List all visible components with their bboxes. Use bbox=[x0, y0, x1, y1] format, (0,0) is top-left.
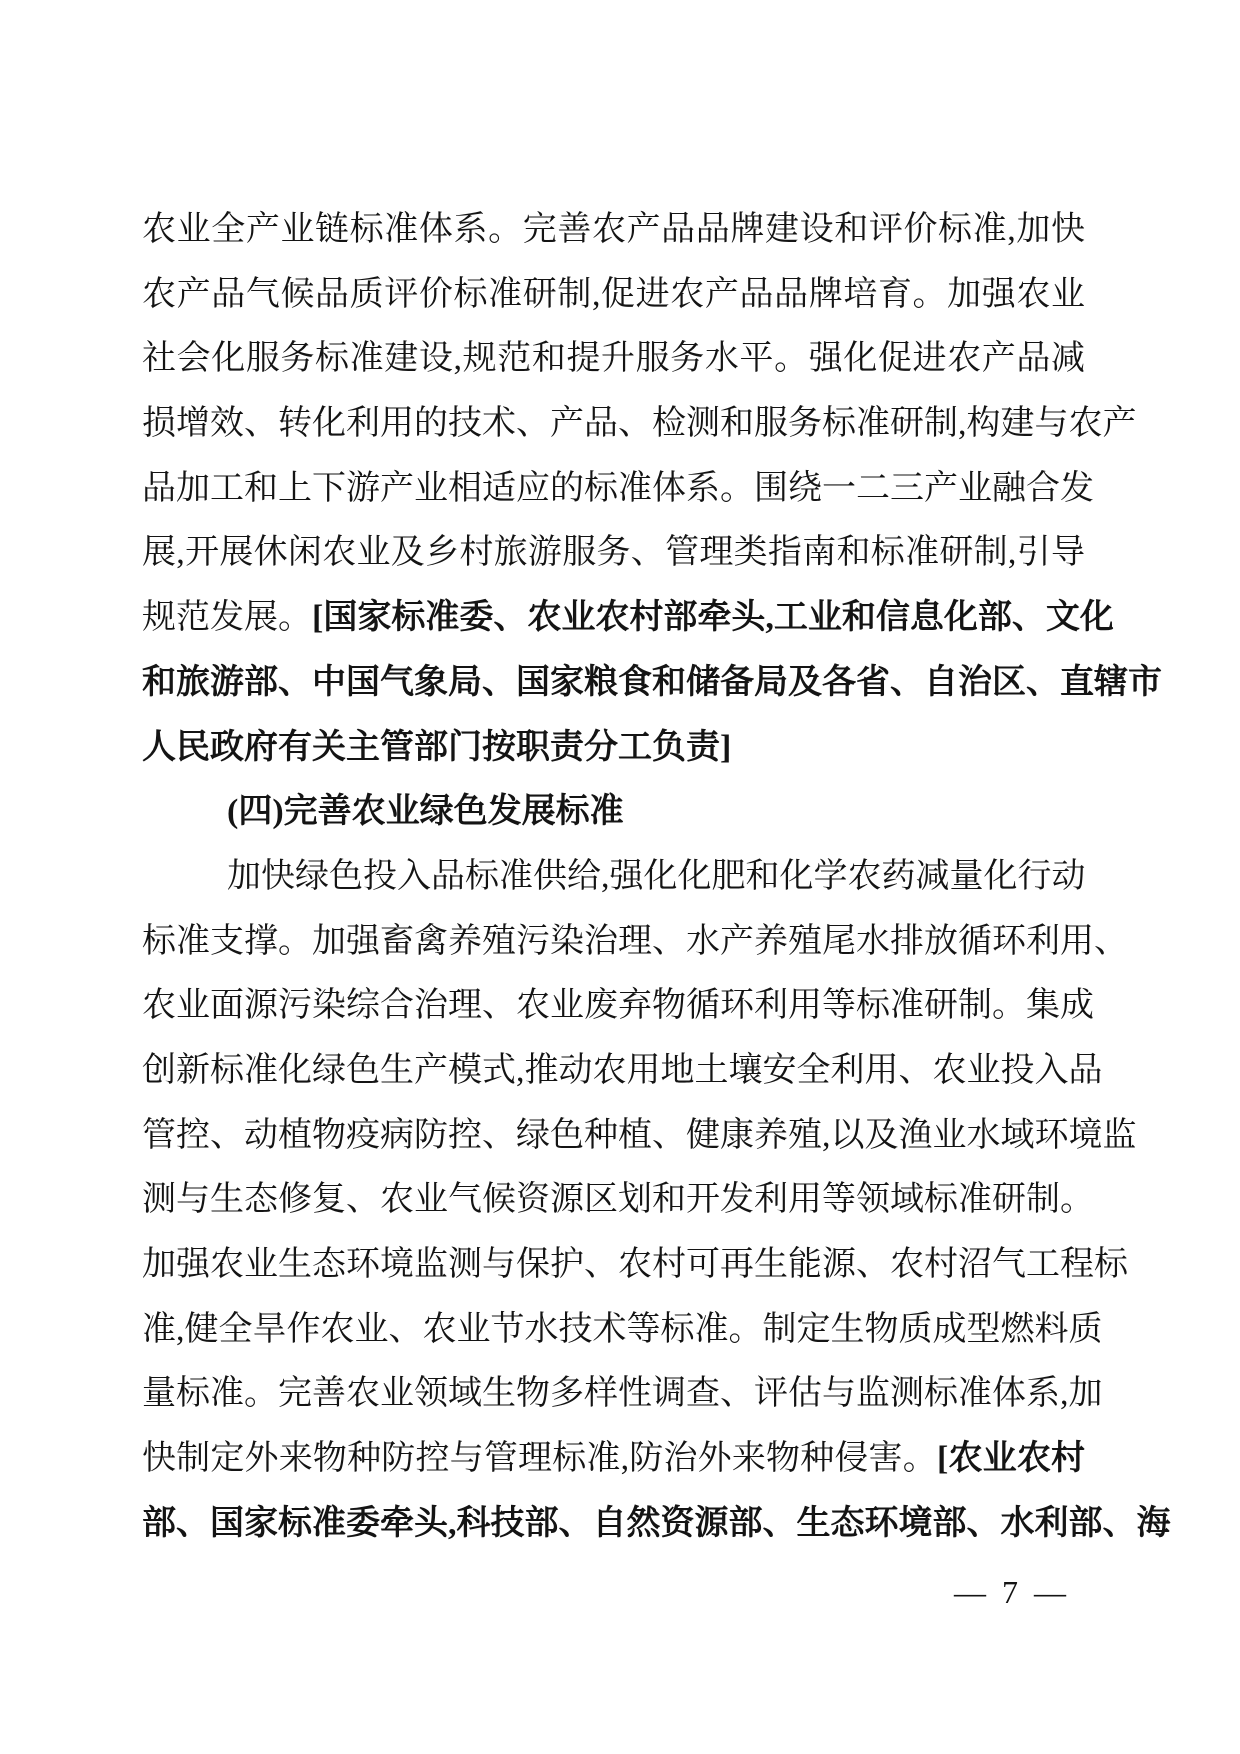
body-line-normal-run: 农产品气候品质评价标准研制,促进农产品品牌培育。加强农业 bbox=[142, 276, 1085, 313]
body-line: 农业面源污染综合治理、农业废弃物循环利用等标准研制。集成 bbox=[142, 974, 1085, 1039]
body-line: 和旅游部、中国气象局、国家粮食和储备局及各省、自治区、直辖市 bbox=[142, 651, 1085, 716]
body-line-normal-run: 加快绿色投入品标准供给,强化化肥和化学农药减量化行动 bbox=[227, 858, 1086, 895]
section-heading-text: (四)完善农业绿色发展标准 bbox=[227, 793, 624, 830]
body-line-normal-run: 展,开展休闲农业及乡村旅游服务、管理类指南和标准研制,引导 bbox=[142, 534, 1085, 571]
body-line: 展,开展休闲农业及乡村旅游服务、管理类指南和标准研制,引导 bbox=[142, 521, 1085, 586]
body-line-bold-run: [国家标准委、农业农村部牵头,工业和信息化部、文化 bbox=[312, 599, 1114, 636]
body-line-normal-run: 量标准。完善农业领域生物多样性调查、评估与监测标准体系,加 bbox=[142, 1375, 1103, 1412]
section-heading: (四)完善农业绿色发展标准 bbox=[142, 780, 1085, 845]
body-line: 测与生态修复、农业气候资源区划和开发利用等领域标准研制。 bbox=[142, 1168, 1085, 1233]
body-line: 品加工和上下游产业相适应的标准体系。围绕一二三产业融合发 bbox=[142, 457, 1085, 522]
body-line-normal-run: 损增效、转化利用的技术、产品、检测和服务标准研制,构建与农产 bbox=[142, 405, 1137, 442]
body-line-normal-run: 创新标准化绿色生产模式,推动农用地土壤安全利用、农业投入品 bbox=[142, 1052, 1103, 1089]
body-line: 快制定外来物种防控与管理标准,防治外来物种侵害。[农业农村 bbox=[142, 1427, 1085, 1492]
body-line-normal-run: 管控、动植物疫病防控、绿色种植、健康养殖,以及渔业水域环境监 bbox=[142, 1117, 1137, 1154]
body-line-bold-run: 和旅游部、中国气象局、国家粮食和储备局及各省、自治区、直辖市 bbox=[142, 664, 1162, 701]
body-line: 管控、动植物疫病防控、绿色种植、健康养殖,以及渔业水域环境监 bbox=[142, 1104, 1085, 1169]
document-page: 农业全产业链标准体系。完善农产品品牌建设和评价标准,加快 农产品气候品质评价标准… bbox=[0, 0, 1240, 1754]
body-line: 部、国家标准委牵头,科技部、自然资源部、生态环境部、水利部、海 bbox=[142, 1492, 1085, 1557]
body-line-normal-run: 农业全产业链标准体系。完善农产品品牌建设和评价标准,加快 bbox=[142, 211, 1085, 248]
body-line: 规范发展。[国家标准委、农业农村部牵头,工业和信息化部、文化 bbox=[142, 586, 1085, 651]
body-line-normal-run: 品加工和上下游产业相适应的标准体系。围绕一二三产业融合发 bbox=[142, 470, 1094, 507]
body-line-normal-run: 加强农业生态环境监测与保护、农村可再生能源、农村沼气工程标 bbox=[142, 1246, 1128, 1283]
body-line-normal-run: 农业面源污染综合治理、农业废弃物循环利用等标准研制。集成 bbox=[142, 987, 1094, 1024]
body-line-normal-run: 社会化服务标准建设,规范和提升服务水平。强化促进农产品减 bbox=[142, 340, 1085, 377]
body-line: 加快绿色投入品标准供给,强化化肥和化学农药减量化行动 bbox=[142, 845, 1085, 910]
body-line: 创新标准化绿色生产模式,推动农用地土壤安全利用、农业投入品 bbox=[142, 1039, 1085, 1104]
body-line: 标准支撑。加强畜禽养殖污染治理、水产养殖尾水排放循环利用、 bbox=[142, 910, 1085, 975]
body-line: 社会化服务标准建设,规范和提升服务水平。强化促进农产品减 bbox=[142, 327, 1085, 392]
body-line: 人民政府有关主管部门按职责分工负责] bbox=[142, 716, 1085, 781]
body-line: 加强农业生态环境监测与保护、农村可再生能源、农村沼气工程标 bbox=[142, 1233, 1085, 1298]
body-text-block: 农业全产业链标准体系。完善农产品品牌建设和评价标准,加快 农产品气候品质评价标准… bbox=[142, 198, 1085, 1556]
body-line-normal-run: 测与生态修复、农业气候资源区划和开发利用等领域标准研制。 bbox=[142, 1181, 1094, 1218]
body-line-bold-run: 部、国家标准委牵头,科技部、自然资源部、生态环境部、水利部、海 bbox=[142, 1505, 1171, 1542]
page-number: — 7 — bbox=[954, 1572, 1070, 1612]
body-line-normal-run: 标准支撑。加强畜禽养殖污染治理、水产养殖尾水排放循环利用、 bbox=[142, 923, 1128, 960]
body-line: 农产品气候品质评价标准研制,促进农产品品牌培育。加强农业 bbox=[142, 263, 1085, 328]
body-line-bold-run: 人民政府有关主管部门按职责分工负责] bbox=[142, 729, 731, 766]
body-line: 损增效、转化利用的技术、产品、检测和服务标准研制,构建与农产 bbox=[142, 392, 1085, 457]
body-line: 量标准。完善农业领域生物多样性调查、评估与监测标准体系,加 bbox=[142, 1362, 1085, 1427]
body-line-normal-run: 准,健全旱作农业、农业节水技术等标准。制定生物质成型燃料质 bbox=[142, 1311, 1103, 1348]
body-line: 农业全产业链标准体系。完善农产品品牌建设和评价标准,加快 bbox=[142, 198, 1085, 263]
body-line-bold-run: [农业农村 bbox=[937, 1440, 1085, 1477]
body-line: 准,健全旱作农业、农业节水技术等标准。制定生物质成型燃料质 bbox=[142, 1298, 1085, 1363]
body-line-normal-run: 规范发展。 bbox=[142, 599, 312, 636]
body-line-normal-run: 快制定外来物种防控与管理标准,防治外来物种侵害。 bbox=[142, 1440, 937, 1477]
